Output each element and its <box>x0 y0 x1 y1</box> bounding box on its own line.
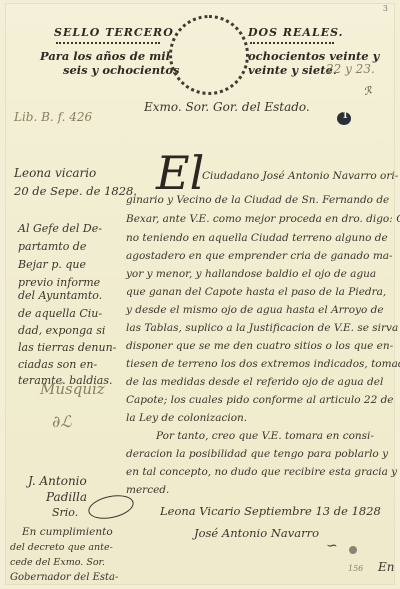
margin-line: dad, exponga si <box>18 324 105 337</box>
body-place-date: Leona Vicario Septiembre 13 de 1828 <box>160 504 381 518</box>
body-line: Capote; los cuales pido conforme al arti… <box>126 394 394 406</box>
secretary-signature-line: J. Antonio <box>28 474 87 488</box>
margin-line: partamto de <box>18 240 86 253</box>
margin-line: de aquella Ciu- <box>18 307 102 320</box>
margin-line: previo informe <box>18 276 100 289</box>
body-line: tiesen de terreno los dos extremos indic… <box>126 358 400 370</box>
addressee: Exmo. Sor. Gor. del Estado. <box>144 100 310 114</box>
body-line: no teniendo en aquella Ciudad terreno al… <box>126 232 388 244</box>
margin-place: Leona vicario <box>14 166 96 180</box>
margin-line: Bejar p. que <box>18 258 86 271</box>
lower-note-line: En cumplimiento <box>22 526 113 538</box>
rubric-lower-left: ∂ℒ <box>52 412 72 431</box>
stamp-left-flourish <box>56 42 160 47</box>
stamp-right-line2: veinte y siete. <box>248 63 337 77</box>
body-line: agostadero en que emprender cria de gana… <box>126 250 393 262</box>
body-line: Ciudadano José Antonio Navarro ori- <box>202 170 398 182</box>
lower-note-line: Gobernador del Esta- <box>10 572 118 583</box>
folio-number: 156 <box>348 564 363 573</box>
folio-mark: En <box>378 560 395 574</box>
body-line: Por tanto, creo que V.E. tomara en consi… <box>156 430 374 442</box>
margin-line: ciadas son en- <box>18 358 97 371</box>
corner-number: 3 <box>383 4 388 13</box>
stamp-years-handwritten: 22 y 23. <box>326 62 375 76</box>
body-initial: El <box>156 146 204 200</box>
margin-signature: Músquiz <box>40 380 105 398</box>
stamp-seal <box>169 15 249 95</box>
body-line: la Ley de colonizacion. <box>126 412 247 424</box>
margin-line: del Ayuntamto. <box>18 289 102 302</box>
rubric-mark-top: ℛ <box>363 85 374 98</box>
margin-line: las tierras denun- <box>18 341 116 354</box>
body-line: Bexar, ante V.E. como mejor proceda en d… <box>126 213 400 225</box>
body-line: merced. <box>126 484 169 496</box>
body-line: ginario y Vecino de la Ciudad de Sn. Fer… <box>126 194 389 206</box>
stamp-left-line1: Para los años de mil <box>40 49 170 63</box>
body-signature: José Antonio Navarro <box>194 526 319 540</box>
signature-rubric: ∽ <box>326 538 338 554</box>
stamp-left-line2: seis y ochocientos <box>63 63 180 77</box>
lower-note-line: del decreto que ante- <box>10 542 113 553</box>
stamp-right-flourish <box>250 42 334 47</box>
reference-number: Lib. B. f. 426 <box>14 110 92 124</box>
lower-note-line: cede del Exmo. Sor. <box>10 557 105 568</box>
page-mark: 1 <box>342 111 348 121</box>
body-line: de las medidas desde el referido ojo de … <box>126 376 383 388</box>
body-line: que ganan del Capote hasta el paso de la… <box>126 286 386 298</box>
ink-blot <box>349 546 357 554</box>
body-line: yor y menor, y hallandose baldio el ojo … <box>126 268 376 280</box>
body-line: en tal concepto, no dudo que recibire es… <box>126 466 397 478</box>
margin-date: 20 de Sepe. de 1828. <box>14 184 137 198</box>
stamp-right-title: DOS REALES. <box>248 26 343 39</box>
stamp-right-line1: ochocientos veinte y <box>248 49 379 63</box>
secretary-rubric <box>86 491 136 522</box>
secretary-signature-line: Srio. <box>52 506 78 519</box>
body-line: deracion la posibilidad que tengo para p… <box>126 448 388 460</box>
document-page: 3 SELLO TERCERO Para los años de mil sei… <box>6 4 394 584</box>
secretary-signature-line: Padilla <box>46 490 87 504</box>
body-line: y desde el mismo ojo de agua hasta el Ar… <box>126 304 384 316</box>
body-line: disponer que se me den cuatro sitios o l… <box>126 340 393 352</box>
stamp-left-title: SELLO TERCERO <box>54 26 174 39</box>
body-line: las Tablas, suplico a la Justificacion d… <box>126 322 398 334</box>
margin-line: Al Gefe del De- <box>18 222 102 235</box>
